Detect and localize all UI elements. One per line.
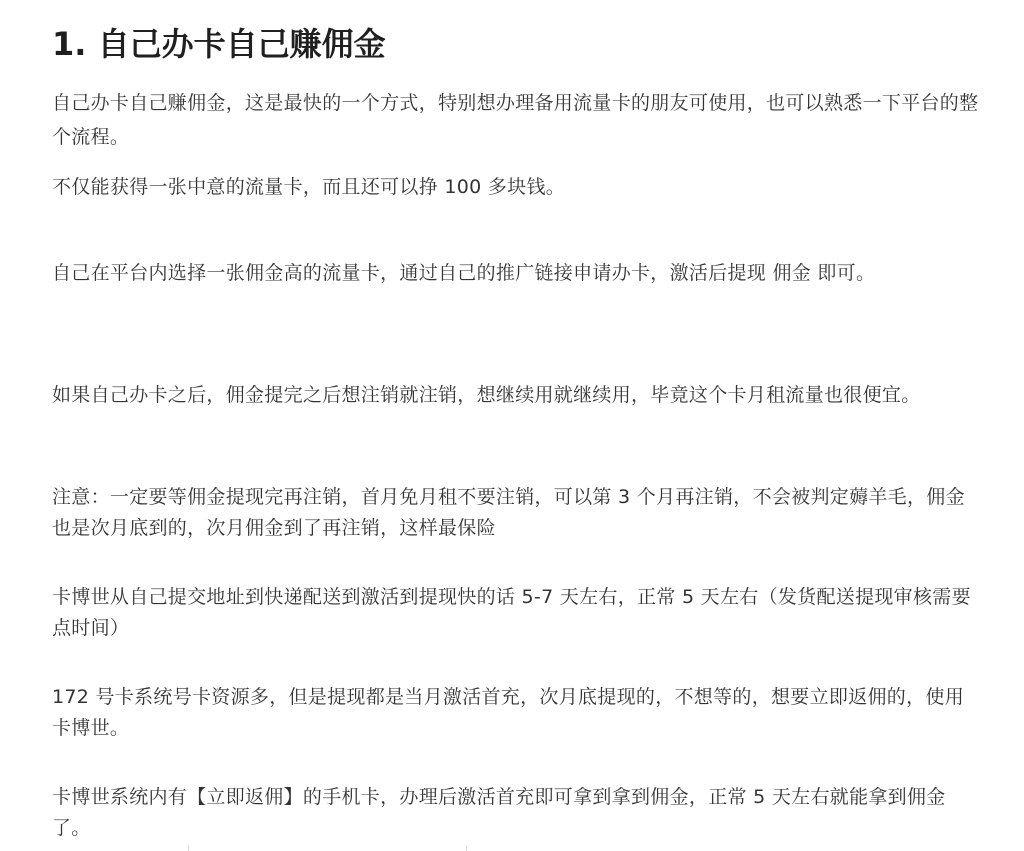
paragraph-172-system: 172 号卡系统号卡资源多，但是提现都是当月激活首充，次月底提现的，不想等的，想… bbox=[52, 682, 982, 744]
table-border-hint bbox=[0, 846, 1024, 851]
paragraph-cancel: 如果自己办卡之后，佣金提完之后想注销就注销，想继续用就继续用，毕竟这个卡月租流量… bbox=[52, 380, 982, 411]
divider bbox=[188, 846, 189, 851]
divider bbox=[466, 846, 467, 851]
paragraph-timeline: 卡博世从自己提交地址到快递配送到激活到提现快的话 5-7 天左右，正常 5 天左… bbox=[52, 582, 982, 644]
section-heading: 1. 自己办卡自己赚佣金 bbox=[52, 22, 386, 66]
paragraph-benefit: 不仅能获得一张中意的流量卡，而且还可以挣 100 多块钱。 bbox=[52, 170, 982, 204]
paragraph-intro: 自己办卡自己赚佣金，这是最快的一个方式，特别想办理备用流量卡的朋友可使用，也可以… bbox=[52, 86, 982, 154]
paragraph-notice: 注意：一定要等佣金提现完再注销，首月免月租不要注销，可以第 3 个月再注销，不会… bbox=[52, 482, 982, 544]
paragraph-instant-rebate: 卡博世系统内有【立即返佣】的手机卡，办理后激活首充即可拿到拿到佣金，正常 5 天… bbox=[52, 782, 982, 844]
paragraph-how-to: 自己在平台内选择一张佣金高的流量卡，通过自己的推广链接申请办卡，激活后提现 佣金… bbox=[52, 256, 982, 290]
